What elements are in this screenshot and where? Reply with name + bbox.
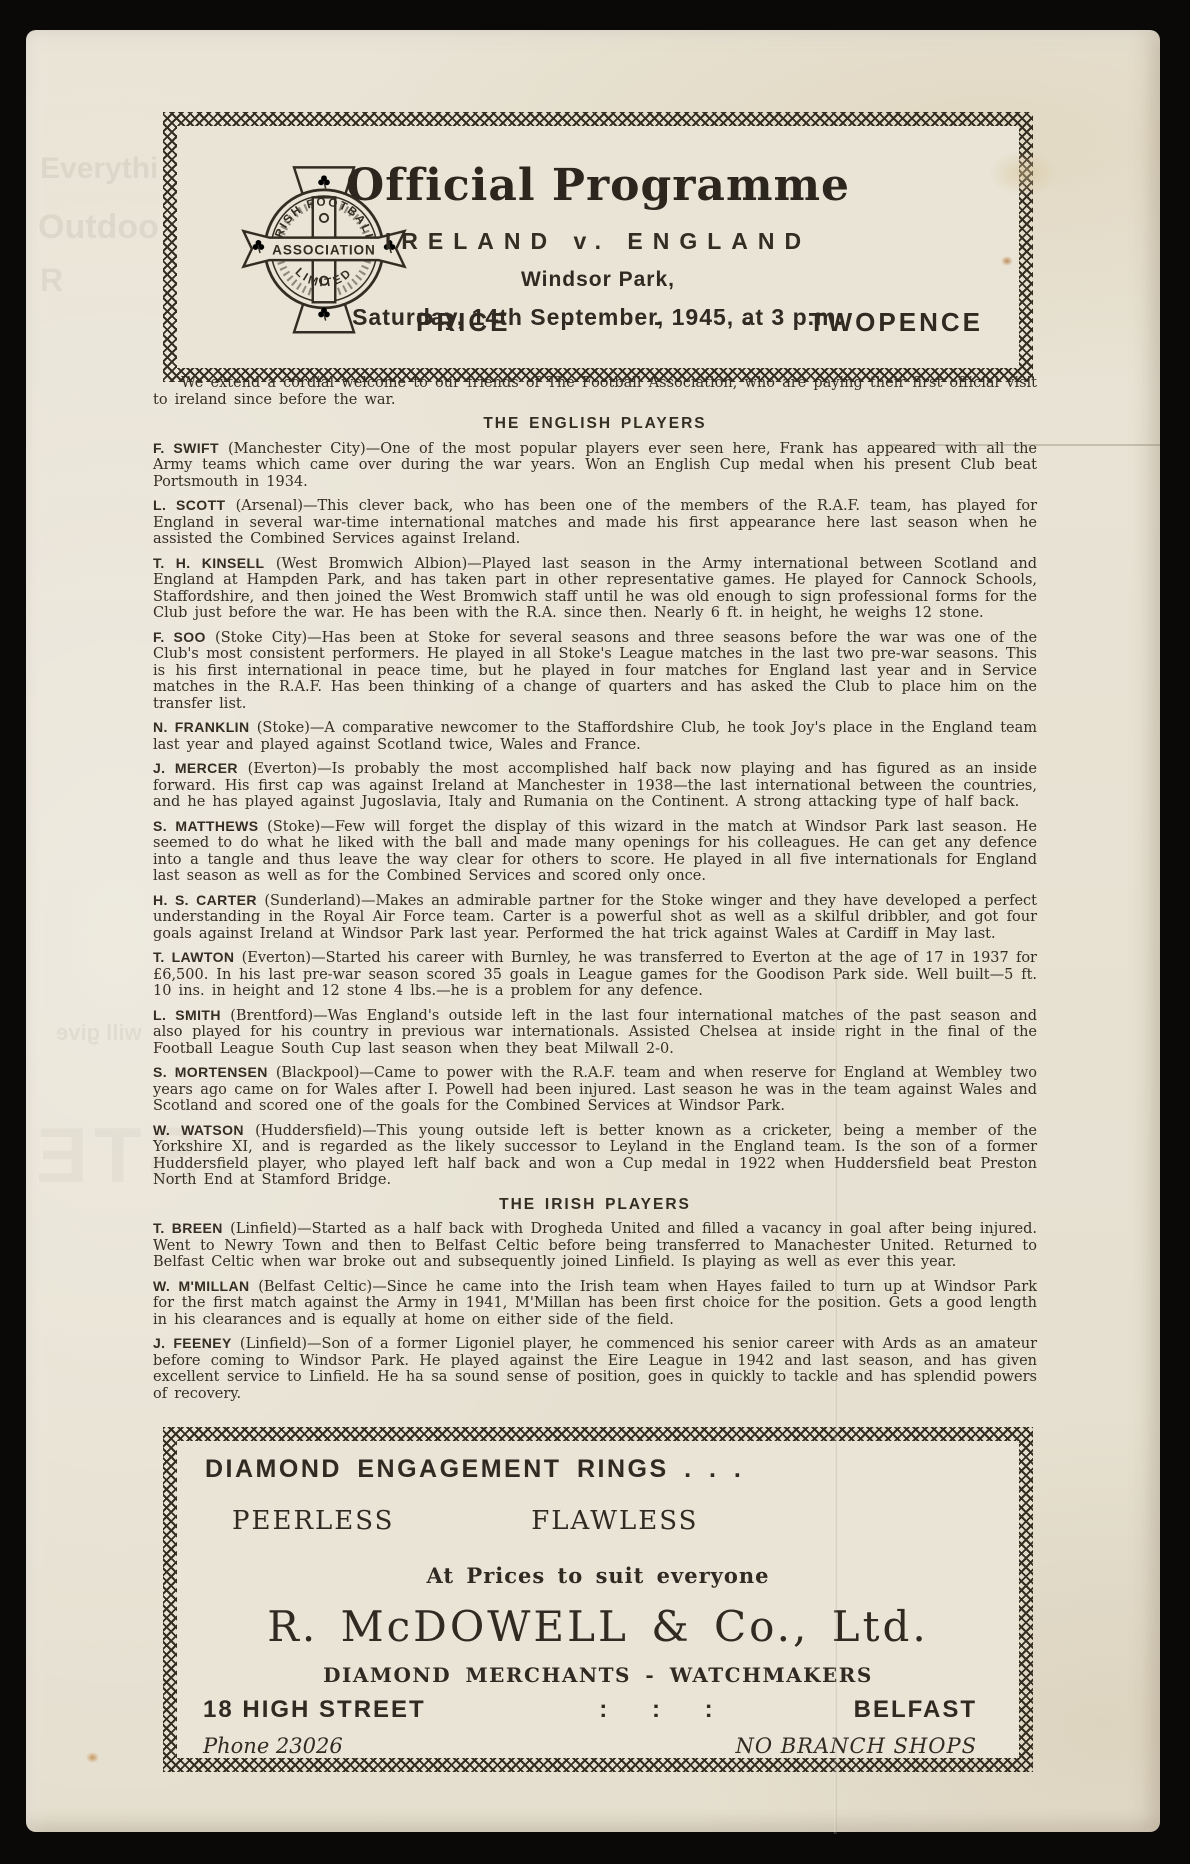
advert-city: BELFAST [854, 1696, 977, 1724]
advert-headline: DIAMOND ENGAGEMENT RINGS . . . [205, 1455, 1019, 1484]
player-name: L. SMITH [153, 1007, 221, 1023]
player-name: N. FRANKLIN [153, 719, 249, 735]
player-name: W. M'MILLAN [153, 1278, 250, 1294]
advert-address-separator: : : : [599, 1696, 714, 1724]
player-name: W. WATSON [153, 1122, 244, 1138]
price-dash: - [565, 309, 576, 337]
player-club: (Brentford) [230, 1008, 313, 1024]
player-name: T. H. KINSELL [153, 555, 264, 571]
paper-crease [834, 970, 837, 1834]
player-entry: L. SCOTT (Arsenal)—This clever back, who… [153, 497, 1037, 548]
advert-quality-left: PEERLESS [232, 1506, 394, 1536]
player-name: T. LAWTON [153, 949, 234, 965]
programme-page: Everythi Outdoo R will give STE DO BA [26, 30, 1160, 1832]
price-label: PRICE [416, 307, 510, 338]
player-name: J. MERCER [153, 760, 238, 776]
player-club: (Arsenal) [236, 498, 303, 514]
player-entry: T. BREEN (Linfield)—Started as a half ba… [153, 1220, 1037, 1271]
player-entry: W. M'MILLAN (Belfast Celtic)—Since he ca… [153, 1278, 1037, 1329]
advert-quality-right: FLAWLESS [531, 1506, 698, 1536]
match-title: IRELAND v. ENGLAND [191, 228, 1005, 255]
player-club: (West Bromwich Albion) [276, 556, 467, 572]
player-name: S. MATTHEWS [153, 818, 258, 834]
english-players-section: THE ENGLISH PLAYERS F. SWIFT (Manchester… [153, 416, 1037, 1189]
player-entry: S. MORTENSEN (Blackpool)—Came to power w… [153, 1064, 1037, 1115]
advert-ornamental-frame: DIAMOND ENGAGEMENT RINGS . . . PEERLESS … [163, 1427, 1033, 1772]
player-name: J. FEENEY [153, 1335, 232, 1351]
player-entry: N. FRANKLIN (Stoke)—A comparative newcom… [153, 719, 1037, 753]
player-club: (Huddersfield) [255, 1123, 362, 1139]
header-text-block: Official Programme IRELAND v. ENGLAND Wi… [191, 140, 1005, 354]
advert-branches-note: NO BRANCH SHOPS [735, 1734, 977, 1758]
header-box: IRISH FOOTBALL LIMITED ASSOCIATION Offic… [177, 126, 1019, 368]
bleed-through-text: will give [56, 1020, 142, 1046]
advert-address-row: 18 HIGH STREET : : : BELFAST [177, 1696, 1019, 1724]
player-club: (Manchester City) [228, 441, 366, 457]
bleed-through-text: R [40, 262, 63, 299]
player-entry: J. FEENEY (Linfield)—Son of a former Lig… [153, 1335, 1037, 1402]
advert-company-name: R. McDOWELL & Co., Ltd. [177, 1602, 1019, 1651]
paper-stain [86, 1752, 99, 1763]
player-entry: J. MERCER (Everton)—Is probably the most… [153, 760, 1037, 811]
irish-players-section: THE IRISH PLAYERS T. BREEN (Linfield)—St… [153, 1197, 1037, 1403]
advert-quality-row: PEERLESS FLAWLESS [177, 1506, 1019, 1538]
player-name: F. SWIFT [153, 440, 219, 456]
player-club: (Sunderland) [264, 893, 361, 909]
player-entry: F. SOO (Stoke City)—Has been at Stoke fo… [153, 629, 1037, 713]
player-club: (Everton) [248, 761, 318, 777]
advert-tagline: At Prices to suit everyone [177, 1563, 1019, 1588]
player-name: S. MORTENSEN [153, 1064, 268, 1080]
header-ornamental-frame: IRISH FOOTBALL LIMITED ASSOCIATION Offic… [163, 112, 1033, 382]
price-value: TWOPENCE [809, 307, 983, 338]
price-dash: - [743, 309, 754, 337]
player-name: L. SCOTT [153, 497, 226, 513]
programme-title: Official Programme [191, 164, 1005, 208]
player-club: (Stoke) [257, 720, 310, 736]
section-heading: THE IRISH PLAYERS [153, 1197, 1037, 1214]
price-dash: - [654, 309, 665, 337]
player-entry: W. WATSON (Huddersfield)—This young outs… [153, 1122, 1037, 1189]
player-club: (Stoke City) [215, 630, 307, 646]
welcome-paragraph: We extend a cordial welcome to our frien… [153, 375, 1037, 408]
player-name: H. S. CARTER [153, 892, 257, 908]
advert-phone-number: Phone 23026 [203, 1734, 343, 1758]
player-club: (Blackpool) [276, 1065, 360, 1081]
paper-crease [886, 444, 1160, 446]
bleed-through-text: Outdoo [38, 208, 159, 247]
price-row: PRICE - - - TWOPENCE [416, 307, 983, 338]
advert-trades-line: DIAMOND MERCHANTS - WATCHMAKERS [177, 1663, 1019, 1687]
player-entry: L. SMITH (Brentford)—Was England's outsi… [153, 1007, 1037, 1058]
player-club: (Linfield) [230, 1221, 297, 1237]
player-club: (Linfield) [240, 1336, 307, 1352]
advert-phone-row: Phone 23026 NO BRANCH SHOPS [177, 1734, 1019, 1762]
article-body: We extend a cordial welcome to our frien… [153, 375, 1037, 1409]
advert-street-address: 18 HIGH STREET [203, 1696, 426, 1724]
player-club: (Belfast Celtic) [258, 1279, 372, 1295]
venue-line: Windsor Park, [191, 268, 1005, 292]
advert-box: DIAMOND ENGAGEMENT RINGS . . . PEERLESS … [177, 1441, 1019, 1758]
section-heading: THE ENGLISH PLAYERS [153, 416, 1037, 433]
bleed-through-text: Everythi [40, 152, 158, 186]
player-entry: H. S. CARTER (Sunderland)—Makes an admir… [153, 892, 1037, 943]
price-dashes: - - - [565, 309, 754, 337]
player-entry: F. SWIFT (Manchester City)—One of the mo… [153, 440, 1037, 491]
player-club: (Everton) [242, 950, 312, 966]
player-entry: T. LAWTON (Everton)—Started his career w… [153, 949, 1037, 1000]
player-club: (Stoke) [267, 819, 320, 835]
player-name: F. SOO [153, 629, 206, 645]
player-entry: T. H. KINSELL (West Bromwich Albion)—Pla… [153, 555, 1037, 622]
player-name: T. BREEN [153, 1220, 223, 1236]
player-entry: S. MATTHEWS (Stoke)—Few will forget the … [153, 818, 1037, 885]
